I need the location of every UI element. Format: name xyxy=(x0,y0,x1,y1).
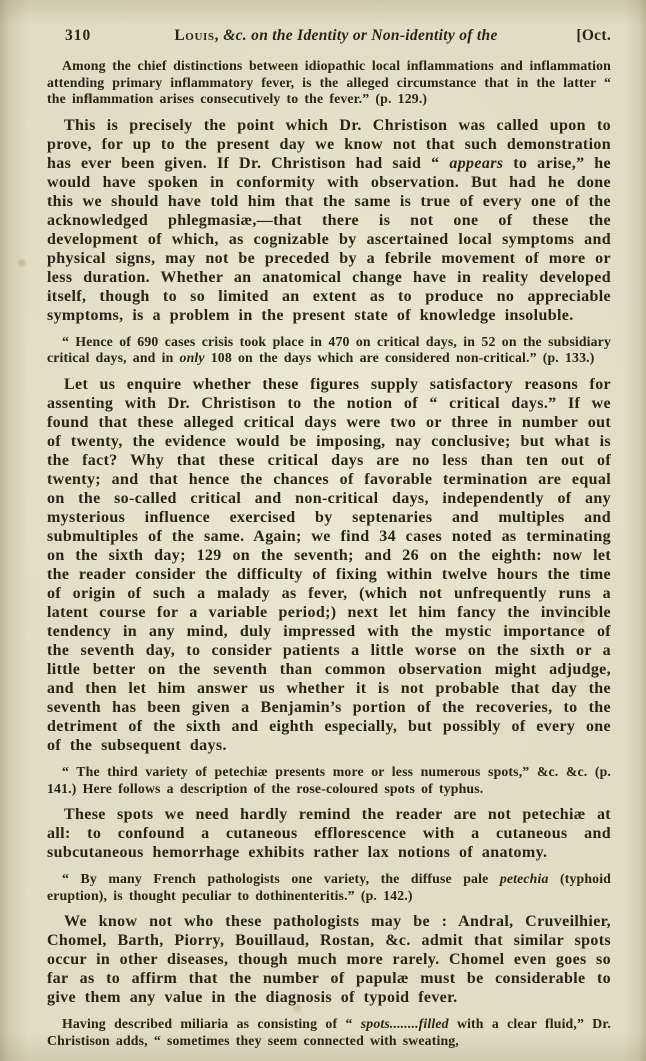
paragraph-main: This is precisely the point which Dr. Ch… xyxy=(47,116,611,325)
paragraph-main: These spots we need hardly remind the re… xyxy=(47,805,611,862)
paragraph-main: We know not who these pathologists may b… xyxy=(47,912,611,1007)
text-segment-italic: spots........filled xyxy=(361,1016,449,1031)
running-title-text: &c. on the Identity or Non-identity of t… xyxy=(219,27,498,44)
paragraph-excerpt: Having described miliaria as consisting … xyxy=(47,1016,611,1049)
text-segment: 108 on the days which are considered non… xyxy=(205,350,595,365)
text-segment: These spots we need hardly remind the re… xyxy=(47,806,611,861)
text-segment: “ The third variety of petechiæ presents… xyxy=(47,764,611,796)
page-header: 310 Louis, &c. on the Identity or Non-id… xyxy=(47,27,611,45)
running-title: Louis, &c. on the Identity or Non-identi… xyxy=(119,27,553,45)
text-segment: Among the chief distinctions between idi… xyxy=(47,58,611,106)
scanned-book-page: 310 Louis, &c. on the Identity or Non-id… xyxy=(0,0,646,1061)
page-number: 310 xyxy=(47,27,119,45)
text-segment: We know not who these pathologists may b… xyxy=(47,913,611,1006)
text-segment: Let us enquire whether these figures sup… xyxy=(47,376,611,754)
issue-month-label: [Oct. xyxy=(553,27,611,45)
text-segment: Having described miliaria as consisting … xyxy=(62,1016,361,1031)
paragraph-excerpt: “ The third variety of petechiæ presents… xyxy=(47,764,611,797)
paragraph-excerpt: “ Hence of 690 cases crisis took place i… xyxy=(47,334,611,367)
text-segment-italic: petechia xyxy=(500,871,549,886)
paragraph-main: Let us enquire whether these figures sup… xyxy=(47,375,611,755)
text-column: Among the chief distinctions between idi… xyxy=(47,58,611,1050)
text-segment: “ By many French pathologists one variet… xyxy=(62,871,500,886)
paragraph-excerpt: Among the chief distinctions between idi… xyxy=(47,58,611,108)
text-segment-italic: only xyxy=(180,350,205,365)
text-segment: to arise,” he would have spoken in confo… xyxy=(47,155,611,324)
text-segment-italic: appears xyxy=(449,155,503,172)
paragraph-excerpt: “ By many French pathologists one variet… xyxy=(47,871,611,904)
running-title-author: Louis, xyxy=(174,27,219,44)
